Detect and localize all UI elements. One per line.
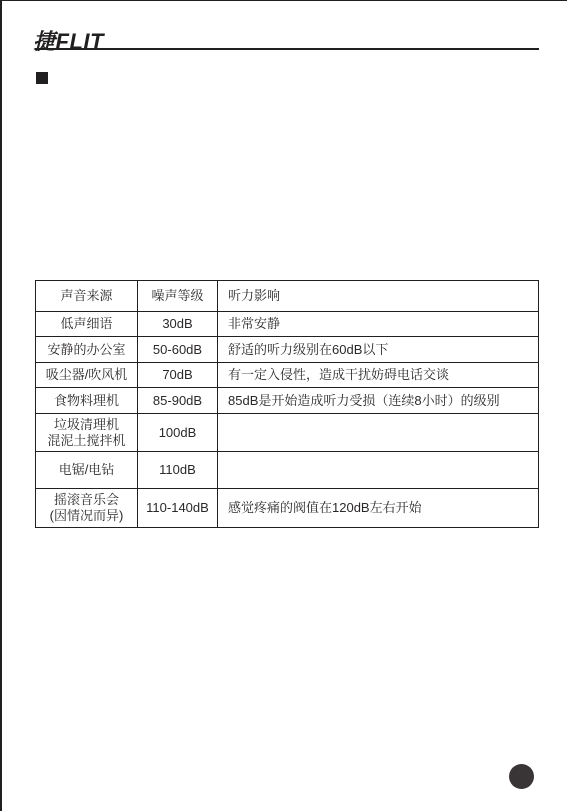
column-header-level: 噪声等级 bbox=[138, 281, 218, 312]
table-row: 食物料理机 85-90dB 85dB是开始造成听力受损（连续8小时）的级别 bbox=[36, 388, 539, 414]
level-cell: 30dB bbox=[138, 312, 218, 337]
brand-logo: 捷FLIT bbox=[33, 25, 104, 56]
source-cell: 摇滚音乐会 (因情况而异) bbox=[36, 489, 138, 528]
section-bullet-icon bbox=[36, 72, 48, 84]
page-dot-icon bbox=[509, 764, 534, 789]
impact-cell: 85dB是开始造成听力受损（连续8小时）的级别 bbox=[218, 388, 539, 414]
table-row: 吸尘器/吹风机 70dB 有一定入侵性，造成干扰妨碍电话交谈 bbox=[36, 363, 539, 388]
level-cell: 70dB bbox=[138, 363, 218, 388]
source-cell: 电锯/电钻 bbox=[36, 452, 138, 489]
manual-page: 捷FLIT 声音来源 噪声等级 听力影响 低声细语 30dB 非常安静 安静的办… bbox=[0, 0, 567, 811]
source-cell: 食物料理机 bbox=[36, 388, 138, 414]
table-header-row: 声音来源 噪声等级 听力影响 bbox=[36, 281, 539, 312]
source-cell: 垃圾清理机 混泥土搅拌机 bbox=[36, 414, 138, 452]
table-row: 垃圾清理机 混泥土搅拌机 100dB bbox=[36, 414, 539, 452]
table-body: 低声细语 30dB 非常安静 安静的办公室 50-60dB 舒适的听力级别在60… bbox=[36, 312, 539, 528]
column-header-source: 声音来源 bbox=[36, 281, 138, 312]
source-cell: 安静的办公室 bbox=[36, 337, 138, 363]
source-cell: 吸尘器/吹风机 bbox=[36, 363, 138, 388]
column-header-impact: 听力影响 bbox=[218, 281, 539, 312]
table-row: 安静的办公室 50-60dB 舒适的听力级别在60dB以下 bbox=[36, 337, 539, 363]
impact-cell: 非常安静 bbox=[218, 312, 539, 337]
noise-level-table: 声音来源 噪声等级 听力影响 低声细语 30dB 非常安静 安静的办公室 50-… bbox=[35, 280, 539, 528]
table-row: 电锯/电钻 110dB bbox=[36, 452, 539, 489]
source-cell: 低声细语 bbox=[36, 312, 138, 337]
impact-cell: 感觉疼痛的阀值在120dB左右开始 bbox=[218, 489, 539, 528]
impact-cell bbox=[218, 414, 539, 452]
header-divider bbox=[35, 48, 539, 50]
table-row: 摇滚音乐会 (因情况而异) 110-140dB 感觉疼痛的阀值在120dB左右开… bbox=[36, 489, 539, 528]
level-cell: 110-140dB bbox=[138, 489, 218, 528]
impact-cell: 有一定入侵性，造成干扰妨碍电话交谈 bbox=[218, 363, 539, 388]
level-cell: 50-60dB bbox=[138, 337, 218, 363]
level-cell: 85-90dB bbox=[138, 388, 218, 414]
level-cell: 110dB bbox=[138, 452, 218, 489]
impact-cell bbox=[218, 452, 539, 489]
level-cell: 100dB bbox=[138, 414, 218, 452]
impact-cell: 舒适的听力级别在60dB以下 bbox=[218, 337, 539, 363]
table-row: 低声细语 30dB 非常安静 bbox=[36, 312, 539, 337]
